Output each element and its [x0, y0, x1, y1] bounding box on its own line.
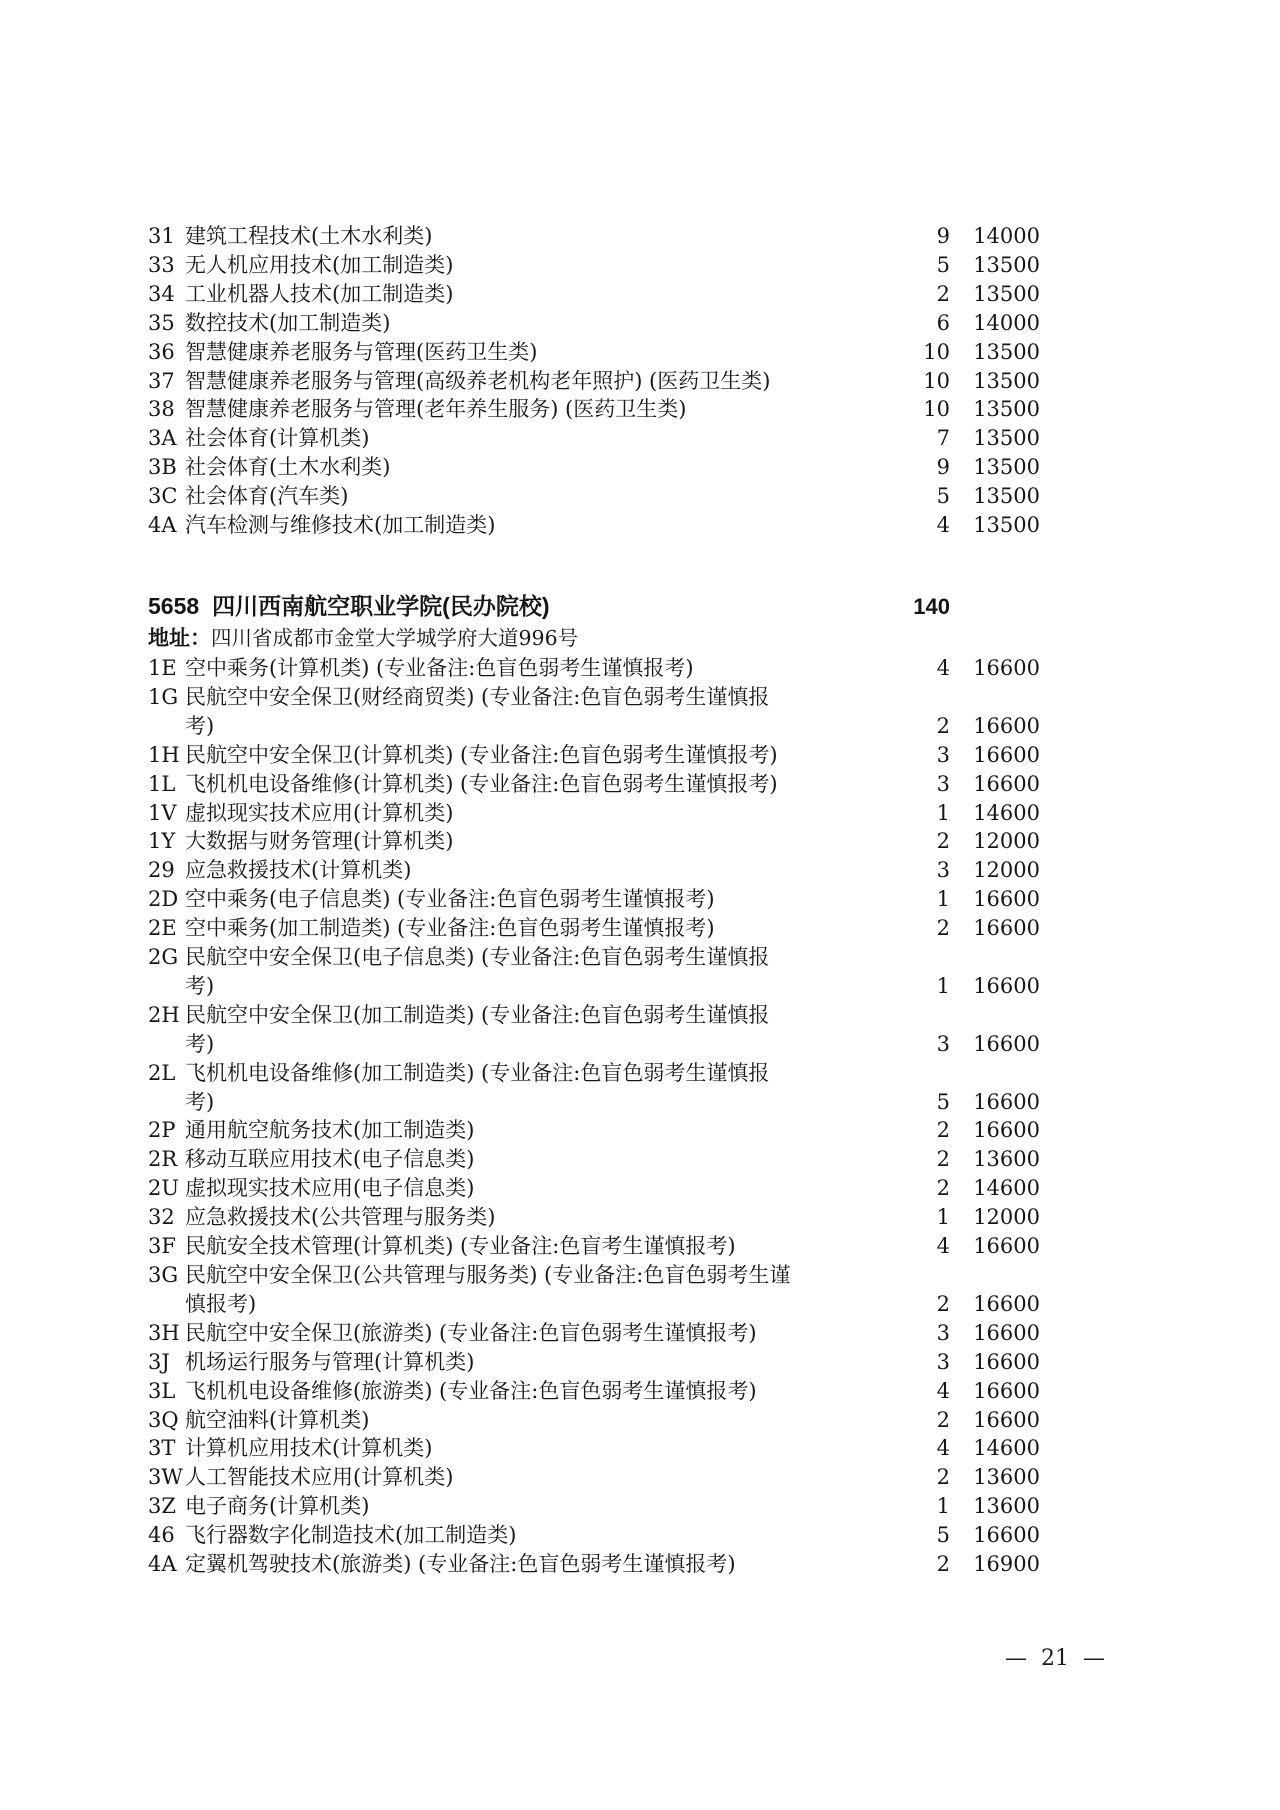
program-row: 1V 虚拟现实技术应用(计算机类) 1 14600	[148, 799, 1040, 828]
program-row: 2P 通用航空航务技术(加工制造类) 2 16600	[148, 1116, 1040, 1145]
program-code: 3H	[148, 1319, 185, 1348]
program-tuition-fee: 16600	[950, 654, 1040, 683]
program-row: 3Q 航空油料(计算机类) 2 16600	[148, 1406, 1040, 1435]
program-name: 移动互联应用技术(电子信息类)	[185, 1145, 915, 1174]
program-tuition-fee: 16600	[950, 1319, 1040, 1348]
program-name: 民航空中安全保卫(计算机类) (专业备注:色盲色弱考生谨慎报考)	[185, 741, 915, 770]
program-row: 4A 汽车检测与维修技术(加工制造类) 4 13500	[148, 511, 1040, 540]
program-tuition-fee: 16600	[950, 1521, 1040, 1550]
program-row: 4A 定翼机驾驶技术(旅游类) (专业备注:色盲色弱考生谨慎报考) 2 1690…	[148, 1550, 1040, 1579]
program-row: 3W 人工智能技术应用(计算机类) 2 13600	[148, 1463, 1040, 1492]
program-code: 38	[148, 395, 185, 424]
program-name: 飞机机电设备维修(加工制造类) (专业备注:色盲色弱考生谨慎报 考)	[185, 1059, 915, 1117]
program-row: 1E 空中乘务(计算机类) (专业备注:色盲色弱考生谨慎报考) 4 16600	[148, 654, 1040, 683]
program-tuition-fee: 13500	[950, 395, 1040, 424]
program-plan-count: 1	[915, 972, 950, 1001]
program-tuition-fee: 12000	[950, 1203, 1040, 1232]
program-code: 2P	[148, 1116, 185, 1145]
program-tuition-fee: 16600	[950, 1232, 1040, 1261]
program-tuition-fee: 16600	[950, 914, 1040, 943]
program-code: 37	[148, 367, 185, 396]
program-tuition-fee: 13600	[950, 1463, 1040, 1492]
program-name: 计算机应用技术(计算机类)	[185, 1434, 915, 1463]
address-label: 地址：	[148, 627, 211, 650]
program-name: 社会体育(计算机类)	[185, 424, 915, 453]
program-plan-count: 4	[915, 1232, 950, 1261]
page-number-value: 21	[1041, 1646, 1069, 1671]
program-row: 3H 民航空中安全保卫(旅游类) (专业备注:色盲色弱考生谨慎报考) 3 166…	[148, 1319, 1040, 1348]
program-name: 空中乘务(加工制造类) (专业备注:色盲色弱考生谨慎报考)	[185, 914, 915, 943]
program-name: 社会体育(汽车类)	[185, 482, 915, 511]
program-row: 2E 空中乘务(加工制造类) (专业备注:色盲色弱考生谨慎报考) 2 16600	[148, 914, 1040, 943]
program-name: 大数据与财务管理(计算机类)	[185, 827, 915, 856]
program-name: 应急救援技术(公共管理与服务类)	[185, 1203, 915, 1232]
program-tuition-fee: 12000	[950, 827, 1040, 856]
program-row: 29 应急救援技术(计算机类) 3 12000	[148, 856, 1040, 885]
program-name: 智慧健康养老服务与管理(老年养生服务) (医药卫生类)	[185, 395, 915, 424]
program-row: 36 智慧健康养老服务与管理(医药卫生类) 10 13500	[148, 338, 1040, 367]
program-name: 汽车检测与维修技术(加工制造类)	[185, 511, 915, 540]
program-name: 建筑工程技术(土木水利类)	[185, 222, 915, 251]
school-total-plan: 140	[550, 590, 951, 623]
program-plan-count: 1	[915, 799, 950, 828]
program-code: 1V	[148, 799, 185, 828]
program-code: 31	[148, 222, 185, 251]
program-plan-count: 3	[915, 741, 950, 770]
program-name: 民航空中安全保卫(公共管理与服务类) (专业备注:色盲色弱考生谨 慎报考)	[185, 1261, 915, 1319]
program-name: 定翼机驾驶技术(旅游类) (专业备注:色盲色弱考生谨慎报考)	[185, 1550, 915, 1579]
program-name: 空中乘务(计算机类) (专业备注:色盲色弱考生谨慎报考)	[185, 654, 915, 683]
program-row: 2R 移动互联应用技术(电子信息类) 2 13600	[148, 1145, 1040, 1174]
program-plan-count: 2	[915, 1174, 950, 1203]
program-name: 民航空中安全保卫(旅游类) (专业备注:色盲色弱考生谨慎报考)	[185, 1319, 915, 1348]
program-tuition-fee: 13500	[950, 338, 1040, 367]
program-tuition-fee: 16600	[950, 972, 1040, 1001]
program-tuition-fee: 16600	[950, 712, 1040, 741]
program-code: 3G	[148, 1261, 185, 1290]
program-name: 工业机器人技术(加工制造类)	[185, 280, 915, 309]
program-code: 33	[148, 251, 185, 280]
program-row: 1L 飞机机电设备维修(计算机类) (专业备注:色盲色弱考生谨慎报考) 3 16…	[148, 770, 1040, 799]
program-name: 虚拟现实技术应用(电子信息类)	[185, 1174, 915, 1203]
program-plan-count: 2	[915, 712, 950, 741]
program-tuition-fee: 12000	[950, 856, 1040, 885]
program-plan-count: 2	[915, 1290, 950, 1319]
program-code: 2D	[148, 885, 185, 914]
program-row: 2H 民航空中安全保卫(加工制造类) (专业备注:色盲色弱考生谨慎报 考) 3 …	[148, 1001, 1040, 1059]
program-plan-count: 3	[915, 856, 950, 885]
program-code: 1Y	[148, 827, 185, 856]
program-plan-count: 3	[915, 1030, 950, 1059]
program-plan-count: 7	[915, 424, 950, 453]
program-tuition-fee: 13500	[950, 453, 1040, 482]
program-tuition-fee: 13500	[950, 251, 1040, 280]
program-name: 电子商务(计算机类)	[185, 1492, 915, 1521]
program-plan-count: 10	[915, 367, 950, 396]
program-code: 1H	[148, 741, 185, 770]
program-name: 人工智能技术应用(计算机类)	[185, 1463, 915, 1492]
program-code: 3T	[148, 1434, 185, 1463]
program-code: 3W	[148, 1463, 185, 1492]
program-tuition-fee: 13600	[950, 1492, 1040, 1521]
program-row: 3J 机场运行服务与管理(计算机类) 3 16600	[148, 1348, 1040, 1377]
address-text: 四川省成都市金堂大学城学府大道996号	[211, 626, 578, 650]
program-name: 应急救援技术(计算机类)	[185, 856, 915, 885]
program-code: 1G	[148, 683, 185, 712]
program-row: 1G 民航空中安全保卫(财经商贸类) (专业备注:色盲色弱考生谨慎报 考) 2 …	[148, 683, 1040, 741]
program-code: 3Q	[148, 1406, 185, 1435]
program-code: 34	[148, 280, 185, 309]
program-tuition-fee: 14000	[950, 222, 1040, 251]
program-name: 智慧健康养老服务与管理(医药卫生类)	[185, 338, 915, 367]
program-plan-count: 3	[915, 1348, 950, 1377]
program-row: 37 智慧健康养老服务与管理(高级养老机构老年照护) (医药卫生类) 10 13…	[148, 367, 1040, 396]
program-name: 通用航空航务技术(加工制造类)	[185, 1116, 915, 1145]
school-program-list: 1E 空中乘务(计算机类) (专业备注:色盲色弱考生谨慎报考) 4 16600 …	[148, 654, 1040, 1579]
program-tuition-fee: 16600	[950, 1348, 1040, 1377]
program-plan-count: 2	[915, 914, 950, 943]
program-row: 32 应急救援技术(公共管理与服务类) 1 12000	[148, 1203, 1040, 1232]
program-tuition-fee: 16600	[950, 1116, 1040, 1145]
program-code: 2G	[148, 943, 185, 972]
program-plan-count: 2	[915, 1550, 950, 1579]
program-row: 33 无人机应用技术(加工制造类) 5 13500	[148, 251, 1040, 280]
program-tuition-fee: 16900	[950, 1550, 1040, 1579]
program-code: 3F	[148, 1232, 185, 1261]
program-code: 3J	[148, 1348, 185, 1377]
program-plan-count: 4	[915, 654, 950, 683]
program-name: 民航空中安全保卫(电子信息类) (专业备注:色盲色弱考生谨慎报 考)	[185, 943, 915, 1001]
program-plan-count: 2	[915, 1406, 950, 1435]
program-plan-count: 10	[915, 338, 950, 367]
school-header: 5658 四川西南航空职业学院(民办院校) 140	[148, 590, 1040, 623]
program-code: 2U	[148, 1174, 185, 1203]
program-code: 3C	[148, 482, 185, 511]
program-tuition-fee: 16600	[950, 1377, 1040, 1406]
program-code: 1L	[148, 770, 185, 799]
program-tuition-fee: 14000	[950, 309, 1040, 338]
program-row: 34 工业机器人技术(加工制造类) 2 13500	[148, 280, 1040, 309]
program-name: 无人机应用技术(加工制造类)	[185, 251, 915, 280]
program-plan-count: 9	[915, 222, 950, 251]
program-row: 2G 民航空中安全保卫(电子信息类) (专业备注:色盲色弱考生谨慎报 考) 1 …	[148, 943, 1040, 1001]
program-tuition-fee: 13500	[950, 511, 1040, 540]
program-code: 3L	[148, 1377, 185, 1406]
document-content: 31 建筑工程技术(土木水利类) 9 14000 33 无人机应用技术(加工制造…	[148, 222, 1040, 1579]
program-tuition-fee: 13500	[950, 367, 1040, 396]
program-code: 4A	[148, 511, 185, 540]
program-code: 36	[148, 338, 185, 367]
program-code: 46	[148, 1521, 185, 1550]
program-name: 社会体育(土木水利类)	[185, 453, 915, 482]
program-row: 3G 民航空中安全保卫(公共管理与服务类) (专业备注:色盲色弱考生谨 慎报考)…	[148, 1261, 1040, 1319]
program-plan-count: 4	[915, 1434, 950, 1463]
program-plan-count: 1	[915, 1203, 950, 1232]
program-code: 3A	[148, 424, 185, 453]
program-tuition-fee: 16600	[950, 741, 1040, 770]
program-tuition-fee: 16600	[950, 1290, 1040, 1319]
program-tuition-fee: 14600	[950, 1174, 1040, 1203]
program-row: 2U 虚拟现实技术应用(电子信息类) 2 14600	[148, 1174, 1040, 1203]
program-plan-count: 10	[915, 395, 950, 424]
program-row: 3B 社会体育(土木水利类) 9 13500	[148, 453, 1040, 482]
program-name: 虚拟现实技术应用(计算机类)	[185, 799, 915, 828]
program-row: 3C 社会体育(汽车类) 5 13500	[148, 482, 1040, 511]
program-tuition-fee: 16600	[950, 1406, 1040, 1435]
program-row: 46 飞行器数字化制造技术(加工制造类) 5 16600	[148, 1521, 1040, 1550]
program-tuition-fee: 16600	[950, 770, 1040, 799]
program-code: 29	[148, 856, 185, 885]
program-code: 32	[148, 1203, 185, 1232]
program-row: 31 建筑工程技术(土木水利类) 9 14000	[148, 222, 1040, 251]
program-tuition-fee: 13500	[950, 424, 1040, 453]
program-code: 2E	[148, 914, 185, 943]
program-row: 2L 飞机机电设备维修(加工制造类) (专业备注:色盲色弱考生谨慎报 考) 5 …	[148, 1059, 1040, 1117]
program-row: 2D 空中乘务(电子信息类) (专业备注:色盲色弱考生谨慎报考) 1 16600	[148, 885, 1040, 914]
program-tuition-fee: 14600	[950, 1434, 1040, 1463]
program-name: 智慧健康养老服务与管理(高级养老机构老年照护) (医药卫生类)	[185, 367, 915, 396]
program-row: 1Y 大数据与财务管理(计算机类) 2 12000	[148, 827, 1040, 856]
program-name: 飞机机电设备维修(旅游类) (专业备注:色盲色弱考生谨慎报考)	[185, 1377, 915, 1406]
school-title: 四川西南航空职业学院(民办院校)	[212, 590, 549, 623]
program-tuition-fee: 16600	[950, 1088, 1040, 1117]
continued-program-list: 31 建筑工程技术(土木水利类) 9 14000 33 无人机应用技术(加工制造…	[148, 222, 1040, 540]
program-plan-count: 5	[915, 1088, 950, 1117]
school-address-line: 地址：四川省成都市金堂大学城学府大道996号	[148, 623, 1040, 654]
program-row: 35 数控技术(加工制造类) 6 14000	[148, 309, 1040, 338]
program-code: 35	[148, 309, 185, 338]
program-plan-count: 3	[915, 1319, 950, 1348]
program-plan-count: 4	[915, 511, 950, 540]
program-plan-count: 5	[915, 482, 950, 511]
program-plan-count: 6	[915, 309, 950, 338]
program-code: 2H	[148, 1001, 185, 1030]
program-name: 民航安全技术管理(计算机类) (专业备注:色盲考生谨慎报考)	[185, 1232, 915, 1261]
school-code: 5658	[148, 590, 199, 623]
program-tuition-fee: 14600	[950, 799, 1040, 828]
program-plan-count: 9	[915, 453, 950, 482]
program-code: 2R	[148, 1145, 185, 1174]
program-code: 3Z	[148, 1492, 185, 1521]
program-row: 1H 民航空中安全保卫(计算机类) (专业备注:色盲色弱考生谨慎报考) 3 16…	[148, 741, 1040, 770]
program-plan-count: 2	[915, 827, 950, 856]
program-tuition-fee: 16600	[950, 885, 1040, 914]
program-plan-count: 1	[915, 1492, 950, 1521]
program-name: 航空油料(计算机类)	[185, 1406, 915, 1435]
program-name: 空中乘务(电子信息类) (专业备注:色盲色弱考生谨慎报考)	[185, 885, 915, 914]
page-number: —21—	[985, 1646, 1125, 1671]
program-name: 机场运行服务与管理(计算机类)	[185, 1348, 915, 1377]
program-tuition-fee: 16600	[950, 1030, 1040, 1059]
program-name: 民航空中安全保卫(加工制造类) (专业备注:色盲色弱考生谨慎报 考)	[185, 1001, 915, 1059]
program-tuition-fee: 13500	[950, 482, 1040, 511]
program-plan-count: 1	[915, 885, 950, 914]
program-code: 3B	[148, 453, 185, 482]
program-plan-count: 3	[915, 770, 950, 799]
program-plan-count: 2	[915, 1116, 950, 1145]
page-number-right-dash: —	[1083, 1646, 1105, 1671]
program-name: 飞行器数字化制造技术(加工制造类)	[185, 1521, 915, 1550]
program-plan-count: 2	[915, 280, 950, 309]
program-code: 2L	[148, 1059, 185, 1088]
program-plan-count: 5	[915, 251, 950, 280]
program-name: 飞机机电设备维修(计算机类) (专业备注:色盲色弱考生谨慎报考)	[185, 770, 915, 799]
program-plan-count: 4	[915, 1377, 950, 1406]
program-name: 民航空中安全保卫(财经商贸类) (专业备注:色盲色弱考生谨慎报 考)	[185, 683, 915, 741]
program-row: 3F 民航安全技术管理(计算机类) (专业备注:色盲考生谨慎报考) 4 1660…	[148, 1232, 1040, 1261]
program-name: 数控技术(加工制造类)	[185, 309, 915, 338]
program-plan-count: 2	[915, 1463, 950, 1492]
program-row: 38 智慧健康养老服务与管理(老年养生服务) (医药卫生类) 10 13500	[148, 395, 1040, 424]
program-plan-count: 2	[915, 1145, 950, 1174]
program-tuition-fee: 13600	[950, 1145, 1040, 1174]
program-row: 3A 社会体育(计算机类) 7 13500	[148, 424, 1040, 453]
program-row: 3Z 电子商务(计算机类) 1 13600	[148, 1492, 1040, 1521]
program-code: 4A	[148, 1550, 185, 1579]
program-plan-count: 5	[915, 1521, 950, 1550]
program-row: 3L 飞机机电设备维修(旅游类) (专业备注:色盲色弱考生谨慎报考) 4 166…	[148, 1377, 1040, 1406]
program-tuition-fee: 13500	[950, 280, 1040, 309]
program-code: 1E	[148, 654, 185, 683]
page-number-left-dash: —	[1005, 1646, 1027, 1671]
program-row: 3T 计算机应用技术(计算机类) 4 14600	[148, 1434, 1040, 1463]
